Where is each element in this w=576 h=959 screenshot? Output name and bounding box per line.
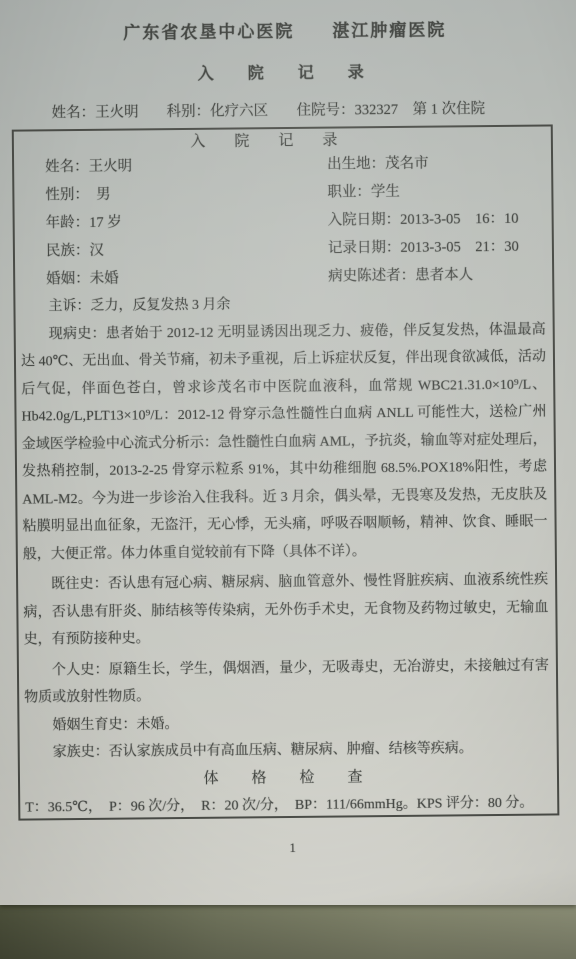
personal-history: 个人史：原籍生长，学生，偶烟酒，量少，无吸毒史，无冶游史，未接触过有害物质或放射… [24, 652, 550, 712]
hospital-title: 广东省农垦中心医院 湛江肿瘤医院 [0, 14, 573, 45]
patient-department: 科别：化疗六区 [166, 99, 268, 121]
document-paper: 广东省农垦中心医院 湛江肿瘤医院 入 院 记 录 姓名：王火明 科别：化疗六区 … [0, 0, 576, 905]
family-history: 家族史：否认家族成员中有高血压病、糖尿病、肿瘤、结核等疾病。 [25, 735, 550, 768]
vital-signs: T：36.5℃， P：96 次/分， R：20 次/分， BP：111/66mm… [25, 790, 550, 821]
document-content: 广东省农垦中心医院 湛江肿瘤医院 入 院 记 录 姓名：王火明 科别：化疗六区 … [0, 0, 576, 908]
info-record-date: 记录日期：2013-3-05 21：30 [328, 233, 519, 263]
info-history-narrator: 病史陈述者：患者本人 [328, 261, 473, 290]
document-photo: 广东省农垦中心医院 湛江肿瘤医院 入 院 记 录 姓名：王火明 科别：化疗六区 … [0, 0, 576, 959]
document-title: 入 院 记 录 [0, 57, 573, 86]
patient-info-grid: 姓名：王火明 出生地：茂名市 性别： 男 职业：学生 年龄：17 岁 入院日期：… [19, 149, 545, 294]
info-marital-status: 婚姻：未婚 [46, 265, 119, 294]
info-admission-date: 入院日期：2013-3-05 16：10 [328, 205, 519, 235]
info-gender: 性别： 男 [45, 181, 111, 210]
info-ethnicity: 民族：汉 [46, 237, 104, 266]
admission-number: 住院号：332327 第 1 次住院 [296, 97, 485, 120]
info-birthplace: 出生地：茂名市 [327, 150, 429, 179]
record-box: 入 院 记 录 姓名：王火明 出生地：茂名市 性别： 男 职业：学生 年龄：17… [12, 124, 560, 820]
present-illness-history: 现病史：患者始于 2012-12 无明显诱因出现乏力、疲倦，伴反复发热，体温最高… [21, 316, 548, 569]
past-medical-history: 既往史：否认患有冠心病、糖尿病、脑血管意外、慢性肾脏疾病、血液系统性疾病，否认患… [23, 567, 549, 655]
info-age: 年龄：17 岁 [46, 209, 122, 238]
info-occupation: 职业：学生 [327, 178, 400, 207]
page-number: 1 [5, 837, 576, 859]
info-name: 姓名：王火明 [45, 152, 132, 181]
info-row: 婚姻：未婚 病史陈述者：患者本人 [20, 261, 545, 294]
patient-name: 姓名：王火明 [51, 100, 138, 122]
patient-header-line: 姓名：王火明 科别：化疗六区 住院号：332327 第 1 次住院 [0, 96, 574, 122]
